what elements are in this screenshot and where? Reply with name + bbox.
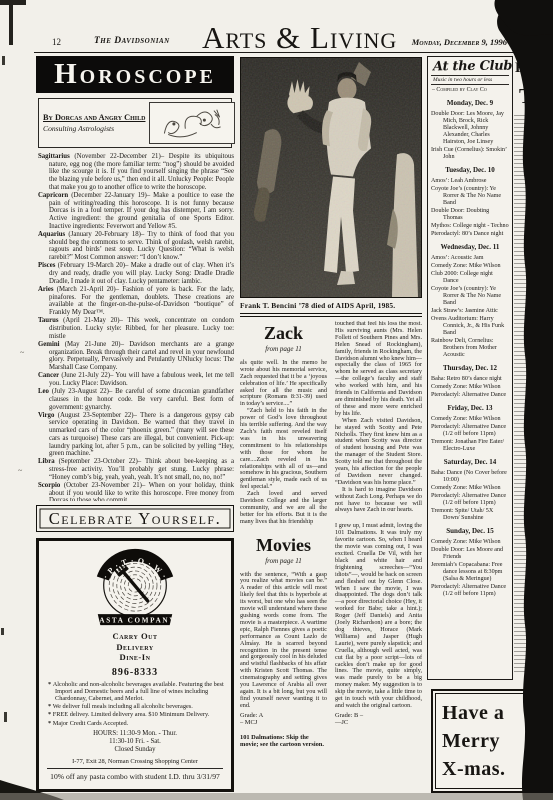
pasta-bullet: Alcoholic and non-alcoholic beverages av… <box>48 681 224 703</box>
article-column-left: Zack from page 11 als quite well. In the… <box>240 321 327 795</box>
movies-text-right: I grew up, I must admit, loving the 101 … <box>335 523 422 709</box>
horoscope-entry: Scorpio (October 23-November 21)– When o… <box>38 482 234 501</box>
club-listing: Comedy Zone: Mike Wilson <box>431 539 509 546</box>
club-listing: Baha: Dance (No Cover before 10:00) <box>431 470 509 484</box>
margin-mark: ~ <box>18 466 22 475</box>
horoscope-sign: Leo <box>38 388 49 395</box>
newspaper-page: 12 The Davidsonian Arts & Living Monday,… <box>0 0 553 800</box>
club-listing: Rainbow Deli, Cornelius: Brothers from M… <box>431 338 509 359</box>
horoscope-entry: Virgo (August 23-September 22)– There is… <box>38 412 234 458</box>
movies-text-left: with the sentence, “With a gasp you real… <box>240 572 327 710</box>
club-day-heading: Tuesday, Dec. 10 <box>431 167 509 174</box>
merry-xmas-ad: Have a Merry X-mas. <box>431 689 532 793</box>
club-listing: Coyote Joe’s (country): Ye Rorrer & The … <box>431 286 509 307</box>
pasta-bullet: We deliver full meals including all alco… <box>48 703 224 710</box>
club-listing: Amos’: Acoustic Jam <box>431 255 509 262</box>
pasta-phone-number: 896-8333 <box>39 667 231 678</box>
cutoff-headline-fragment: T <box>519 84 533 109</box>
section-title: Arts & Living <box>202 20 397 56</box>
club-listing: Jack Straw’s: Jasmine Attic <box>431 308 509 315</box>
pasta-address: I-77, Exit 28, Norman Crossing Shopping … <box>39 758 231 765</box>
club-listing: Irish Cue (Cornelius): Smokin’ John <box>431 147 509 161</box>
zack-text-left: als quite well. In the memo he wrote abo… <box>240 360 327 526</box>
club-listing: Double Door: Les Moore and Friends <box>431 547 509 561</box>
article-columns: Zack from page 11 als quite well. In the… <box>240 321 422 795</box>
newspaper-name: The Davidsonian <box>94 36 170 46</box>
horoscope-sign: Capricorn <box>38 192 68 199</box>
movies-continued-from: from page 11 <box>240 558 327 565</box>
zack-paragraph: When Zach visited Davidson, he stayed wi… <box>335 418 422 487</box>
horoscope-sign: Gemini <box>38 341 60 348</box>
horoscope-sign: Virgo <box>38 412 54 419</box>
article-photo-frame <box>240 57 422 298</box>
club-listing: Comedy Zone: Mike Wilson <box>431 485 509 492</box>
pasta-service-line: Dine-In <box>39 652 231 663</box>
pasta-bullet-list: Alcoholic and non-alcoholic beverages av… <box>39 681 231 727</box>
club-listing: Comedy Zone: Mike Wilson <box>431 416 509 423</box>
zack-paragraph: touched that feel his loss the most. His… <box>335 321 422 418</box>
horoscope-banner: Horoscope <box>36 56 234 93</box>
article-column-right: touched that feel his loss the most. His… <box>335 321 422 795</box>
clubs-title: At the Clubs <box>431 58 509 76</box>
zack-paragraph: als quite well. In the memo he wrote abo… <box>240 360 327 408</box>
club-day-heading: Monday, Dec. 9 <box>431 100 509 107</box>
pasta-hours-line: HOURS: 11:30-9 Mon. - Thur. <box>39 730 231 738</box>
uptown-pasta-logo: U · P · T · O · W · N PASTA COMPANY <box>71 543 199 631</box>
astrologer-doodle-sketch <box>149 102 235 144</box>
pasta-hours-line: Closed Sunday <box>39 746 231 754</box>
club-listing: Comedy Zone: Mike Wilson <box>431 263 509 270</box>
horoscope-byline-box: By Dorcas and Angry Child Consulting Ast… <box>38 98 232 148</box>
club-day-heading: Friday, Dec. 13 <box>431 405 509 412</box>
horoscope-entry: Capricorn (December 22-January 19)– Make… <box>38 192 234 231</box>
movie-verdict-tagline: 101 Dalmations: Skip the movie; see the … <box>240 734 327 748</box>
pasta-hours: HOURS: 11:30-9 Mon. - Thur. 11:30-10 Fri… <box>39 730 231 755</box>
masthead-rule <box>34 52 553 53</box>
zack-paragraph: Zach loved and served Davidson College a… <box>240 491 327 526</box>
club-listing: Pterodactyl: Alternative Dance <box>431 392 509 399</box>
horoscope-byline: By Dorcas and Angry Child <box>43 113 145 122</box>
club-listing: Mythos: College night - Techno <box>431 223 509 230</box>
celebrate-banner: Celebrate Yourself. <box>36 505 234 532</box>
zack-headline: Zack <box>240 323 327 343</box>
horoscope-sign: Aries <box>38 286 53 293</box>
zack-text-right: touched that feel his loss the most. His… <box>335 321 422 514</box>
zack-paragraph: “Zach held to his faith in the power of … <box>240 408 327 491</box>
club-listing: Tremont: Spite/ Utah/ 5X Down/ Sunshine <box>431 508 509 522</box>
horoscope-sign: Sagittarius <box>38 153 70 160</box>
club-day-heading: Sunday, Dec. 15 <box>431 528 509 535</box>
movie-grade: Grade: B – <box>335 713 422 720</box>
pasta-bullet: FREE delivey. Limited delivery area. $10… <box>48 711 224 718</box>
club-listing: Tremont: Jonathan Fire Eater/ Electro-Lu… <box>431 439 509 453</box>
clubs-compiled-by: Compiled by Clay Co <box>431 85 509 94</box>
club-listing: Double Door: Doubting Thomas <box>431 208 509 222</box>
reviewer-initials: —JC <box>335 720 422 727</box>
club-day-heading: Saturday, Dec. 14 <box>431 459 509 466</box>
horoscope-entry: Aquarius (January 20-February 18)– Try t… <box>38 231 234 262</box>
masthead: 12 The Davidsonian Arts & Living Monday,… <box>34 24 549 52</box>
horoscope-sign: Pisces <box>38 262 55 269</box>
horoscope-entry: Libra (September 23-October 22)– Think a… <box>38 458 234 481</box>
pasta-divider <box>47 768 223 769</box>
club-listing: Pterodactyl: Alternative Dance (1/2 off … <box>431 424 509 438</box>
horoscope-entries: Sagittarius (November 22-December 21)– D… <box>38 153 234 501</box>
movies-paragraph: with the sentence, “With a gasp you real… <box>240 572 327 710</box>
pasta-services: Carry Out Delivery Dine-In <box>39 631 231 663</box>
horoscope-sign: Taurus <box>38 317 59 324</box>
xmas-ad-line: X-mas. <box>442 756 530 782</box>
pasta-company-ad: U · P · T · O · W · N PASTA COMPANY Carr… <box>36 538 234 792</box>
aids-memorial-photo <box>241 58 421 297</box>
horoscope-sign: Scorpio <box>38 482 60 489</box>
pasta-hours-line: 11:30-10 Fri. - Sat. <box>39 738 231 746</box>
club-listing: Double Door: Les Moore, Jay Mich, Brock,… <box>431 111 509 146</box>
xmas-ad-line: Have a <box>442 700 530 726</box>
club-listing: Pterodactyl: 80’s Dance night <box>431 231 509 238</box>
horoscope-entry: Leo (July 23-August 22)– Be careful of s… <box>38 388 234 411</box>
horoscope-entry: Taurus (April 21-May 20)– This week, con… <box>38 317 234 340</box>
clubs-listings: Monday, Dec. 9Double Door: Les Moore, Ja… <box>431 100 509 598</box>
horoscope-entry: Cancer (June 21-July 22)– You will have … <box>38 372 234 387</box>
zack-paragraph: It is hard to imagine Davidson without Z… <box>335 487 422 515</box>
pasta-logo-banner-text: PASTA COMPANY <box>94 617 176 625</box>
club-day-heading: Wednesday, Dec. 11 <box>431 244 509 251</box>
horoscope-entry: Gemini (May 21-June 20)– Davidson mercha… <box>38 341 234 372</box>
horoscope-entry: Sagittarius (November 22-December 21)– D… <box>38 153 234 192</box>
page-number: 12 <box>52 37 61 47</box>
horoscope-sign: Libra <box>38 458 55 465</box>
horoscope-entry: Aries (March 21-April 20)– Fashion of yo… <box>38 286 234 317</box>
club-listing: Club 2000: College night Dance <box>431 271 509 285</box>
club-listing: Comedy Zone: Mike Wilson <box>431 384 509 391</box>
pasta-service-line: Carry Out <box>39 631 231 642</box>
horoscope-entry: Pisces (February 19-March 20)– Make a dr… <box>38 262 234 285</box>
club-listing: Pterodactyl: Alternative Dance (1/2 off … <box>431 584 509 598</box>
movies-paragraph: I grew up, I must admit, loving the 101 … <box>335 523 422 709</box>
club-listing: Coyote Joe’s (country): Ye Rorrer & The … <box>431 186 509 207</box>
cutoff-headline-fragment: Kru <box>515 60 542 77</box>
club-listing: Ovens Auditorium: Harry Connick, Jr., & … <box>431 316 509 337</box>
zack-continued-from: from page 11 <box>240 346 327 353</box>
at-the-clubs-box: At the Clubs Music in two hours or less … <box>427 56 513 680</box>
horoscope-sign: Cancer <box>38 372 59 379</box>
pasta-coupon-offer: 10% off any pasta combo with student I.D… <box>39 772 231 781</box>
xmas-ad-line: Merry <box>442 728 530 754</box>
clubs-tagline: Music in two hours or less <box>431 75 509 85</box>
horoscope-byline-title: Consulting Astrologists <box>43 124 145 133</box>
reviewer-initials: – MCJ <box>240 720 327 727</box>
club-listing: Baha: Retro 80’s dance night <box>431 376 509 383</box>
club-listing: Amos’: Leah Ambrose <box>431 178 509 185</box>
photo-caption: Frank T. Bencini ’78 died of AIDS April,… <box>240 301 422 310</box>
issue-date: Monday, December 9, 1996 <box>412 37 507 47</box>
club-day-heading: Thursday, Dec. 12 <box>431 365 509 372</box>
margin-mark: ~ <box>20 348 24 357</box>
cutoff-text-column <box>514 115 552 675</box>
caption-rule <box>240 313 422 317</box>
pasta-service-line: Delivery <box>39 642 231 653</box>
horoscope-sign: Aquarius <box>38 231 65 238</box>
pasta-bullet: Major Credit Cards Accepted. <box>48 720 224 727</box>
celebrate-banner-text: Celebrate Yourself. <box>49 509 221 529</box>
club-listing: Pterodactyl: Alternative Dance (1/2 off … <box>431 493 509 507</box>
movies-headline: Movies <box>240 535 327 555</box>
club-listing: Jeremiah’s Copacabana: Free dance lesson… <box>431 562 509 583</box>
